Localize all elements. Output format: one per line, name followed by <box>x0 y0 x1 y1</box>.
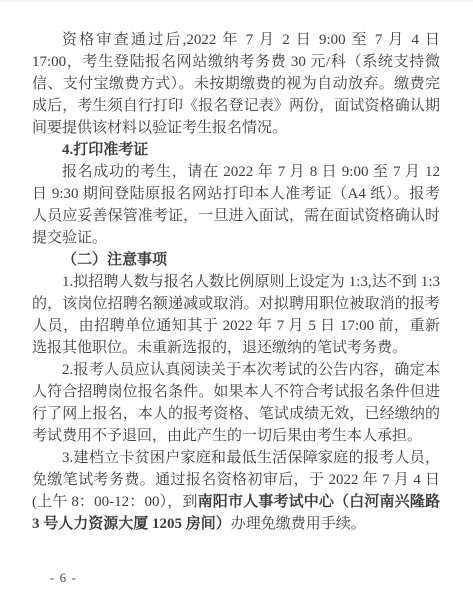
document-body: 资格审查通过后,2022 年 7 月 2 日 9:00 至 7 月 4 日 17… <box>32 29 440 535</box>
section-heading: （二）注意事项 <box>32 249 440 271</box>
page-number: - 6 - <box>50 570 77 586</box>
document-page: 资格审查通过后,2022 年 7 月 2 日 9:00 至 7 月 4 日 17… <box>0 0 473 602</box>
paragraph: 2.报考人员应认真阅读关于本次考试的公告内容，确定本人符合招聘岗位报名条件。如果… <box>32 359 440 447</box>
paragraph: 报名成功的考生，请在 2022 年 7 月 8 日 9:00 至 7 月 12 … <box>32 161 440 249</box>
bold-text-segment: （二）注意事项 <box>62 252 167 268</box>
text-segment: 报名成功的考生，请在 2022 年 7 月 8 日 9:00 至 7 月 12 … <box>32 164 440 246</box>
text-segment: 1.拟招聘人数与报名人数比例原则上设定为 1:3,达不到 1:3 的，该岗位招聘… <box>32 274 440 356</box>
bold-text-segment: 4.打印准考证 <box>62 142 148 158</box>
text-segment: 资格审查通过后,2022 年 7 月 2 日 9:00 至 7 月 4 日 17… <box>32 32 440 136</box>
section-heading: 4.打印准考证 <box>32 139 440 161</box>
paragraph: 资格审查通过后,2022 年 7 月 2 日 9:00 至 7 月 4 日 17… <box>32 29 440 139</box>
paragraph: 3.建档立卡贫困户家庭和最低生活保障家庭的报考人员，免缴笔试考务费。通过报名资格… <box>32 447 440 535</box>
paragraph: 1.拟招聘人数与报名人数比例原则上设定为 1:3,达不到 1:3 的，该岗位招聘… <box>32 271 440 359</box>
text-segment: 办理免缴费用手续。 <box>231 516 366 532</box>
text-segment: 2.报考人员应认真阅读关于本次考试的公告内容，确定本人符合招聘岗位报名条件。如果… <box>32 362 440 444</box>
